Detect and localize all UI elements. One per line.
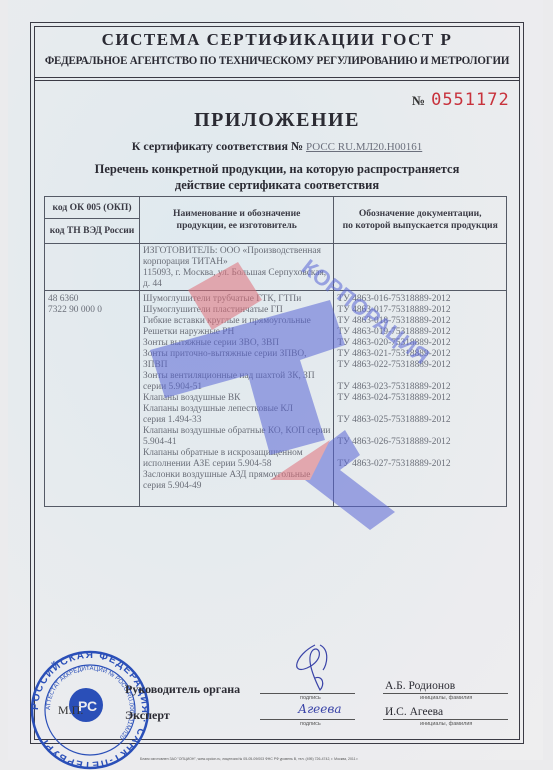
number-symbol: № [412,93,425,108]
form-number: №0551172 [412,90,510,110]
head-signature [285,640,355,695]
head-of-body-label: Руководитель органа [125,682,240,697]
product-name-line: Клапаны воздушные лепестковые КЛ [143,404,330,415]
doc-reference: ТУ 4863-018-75318889-2012 [337,316,503,327]
head-signature-caption: подпись [300,695,321,701]
header-divider-2 [34,80,520,81]
header-docs-line-2: по которой выпускается продукция [337,220,503,232]
head-name-line [383,693,508,694]
product-name-line: 5.904-41 [143,437,330,448]
product-name-line: Заслонки воздушные АЗД прямоугольные [143,470,330,481]
doc-reference: ТУ 4863-017-75318889-2012 [337,305,503,316]
doc-reference: ТУ 4863-016-75318889-2012 [337,294,503,305]
okp-code: 48 6360 [48,294,136,305]
product-name-line: Решетки наружные РН [143,327,330,338]
tn-ved-code: 7322 90 000 0 [48,305,136,316]
certificate-reference: К сертификату соответствия № РОСС RU.МЛ2… [34,139,520,154]
agency-title: ФЕДЕРАЛЬНОЕ АГЕНТСТВО ПО ТЕХНИЧЕСКОМУ РЕ… [39,55,515,67]
expert-name-line [383,719,508,720]
doc-reference: ТУ 4863-026-75318889-2012 [337,437,503,448]
product-name-line: Клапаны воздушные обратные КО, КОП серии [143,426,330,437]
system-title: СИСТЕМА СЕРТИФИКАЦИИ ГОСТ Р [34,30,520,50]
doc-reference: ТУ 4863-019-75318889-2012 [337,327,503,338]
expert-signature-caption: подпись [300,721,321,727]
codes-cell: 48 6360 7322 90 000 0 [45,291,140,507]
doc-reference: ТУ 4863-024-75318889-2012 [337,393,503,404]
manufacturer-cell: ИЗГОТОВИТЕЛЬ: ООО «Производственная корп… [140,244,334,291]
manufacturer-line: корпорация ТИТАН» [143,257,330,268]
doc-spacer [337,404,503,415]
product-name-line: Зонты вентиляционные над шахтой ЗК, ЗП [143,371,330,382]
list-title: Перечень конкретной продукции, на котору… [34,161,520,193]
expert-signature: Агеева [298,702,342,716]
manufacturer-line: ИЗГОТОВИТЕЛЬ: ООО «Производственная [143,246,330,257]
product-name-line: Шумоглушители трубчатые ГТК, ГТПи [143,294,330,305]
appendix-title: ПРИЛОЖЕНИЕ [34,109,520,132]
product-name-line: исполнении АЗЕ серии 5.904-58 [143,459,330,470]
header-docs-line-1: Обозначение документации, [337,208,503,220]
product-name-line: Зонты вытяжные серии ЗВО, ЗВП [143,338,330,349]
product-name-line: серия 5.904-49 [143,481,330,492]
doc-reference: ТУ 4863-023-75318889-2012 [337,382,503,393]
header-documentation: Обозначение документации, по которой вып… [334,197,507,244]
head-name: А.Б. Родионов [385,680,455,692]
manufacturer-line: д. 44 [143,279,330,290]
expert-name: И.С. Агеева [385,706,443,718]
certificate-label: К сертификату соответствия № [132,139,303,153]
svg-text:М.П.: М.П. [58,703,83,717]
doc-reference: ТУ 4863-021-75318889-2012 [337,349,503,360]
header-code-okp: код ОК 005 (ОКП) [45,197,140,219]
form-number-value: 0551172 [431,90,510,110]
products-table: код ОК 005 (ОКП) Наименование и обозначе… [44,196,507,507]
list-title-line-2: действие сертификата соответствия [34,177,520,193]
manufacturer-docs-cell [334,244,507,291]
product-names-cell: Шумоглушители трубчатые ГТК, ГТПиШумоглу… [140,291,334,507]
product-name-line: Клапаны обратные в искрозащищенном [143,448,330,459]
product-name-line: серии 5.904-51 [143,382,330,393]
manufacturer-code-cell [45,244,140,291]
product-name-line: Клапаны воздушные ВК [143,393,330,404]
certificate-number: РОСС RU.МЛ20.Н00161 [306,141,422,153]
product-name-line: ЗПВП [143,360,330,371]
printer-footer: Бланк изготовлен ЗАО "ОПЦИОН", www.opcio… [140,757,358,761]
doc-spacer [337,426,503,437]
header-name-line-1: Наименование и обозначение [143,208,330,220]
doc-reference: ТУ 4863-027-75318889-2012 [337,459,503,470]
doc-spacer [337,448,503,459]
doc-reference: ТУ 4863-022-75318889-2012 [337,360,503,371]
doc-reference: ТУ 4863-025-75318889-2012 [337,415,503,426]
header-product-name: Наименование и обозначение продукции, ее… [140,197,334,244]
product-name-line: Гибкие вставки круглые и прямоугольные [143,316,330,327]
expert-signature-line [260,719,355,720]
product-name-line: Шумоглушители пластинчатые ГП [143,305,330,316]
expert-label: Эксперт [125,708,170,723]
head-name-caption: инициалы, фамилия [420,695,472,701]
header-divider [34,77,520,78]
documentation-cell: ТУ 4863-016-75318889-2012ТУ 4863-017-753… [334,291,507,507]
manufacturer-line: 115093, г. Москва, ул. Большая Серпуховс… [143,268,330,279]
header-name-line-2: продукции, ее изготовитель [143,220,330,232]
product-name-line: Зонты приточно-вытяжные серии ЗПВО, [143,349,330,360]
header-code-tn: код ТН ВЭД России [45,219,140,244]
list-title-line-1: Перечень конкретной продукции, на котору… [34,161,520,177]
doc-reference: ТУ 4863-020-75318889-2012 [337,338,503,349]
doc-spacer [337,371,503,382]
product-name-line: серия 1.494-33 [143,415,330,426]
expert-name-caption: инициалы, фамилия [420,721,472,727]
